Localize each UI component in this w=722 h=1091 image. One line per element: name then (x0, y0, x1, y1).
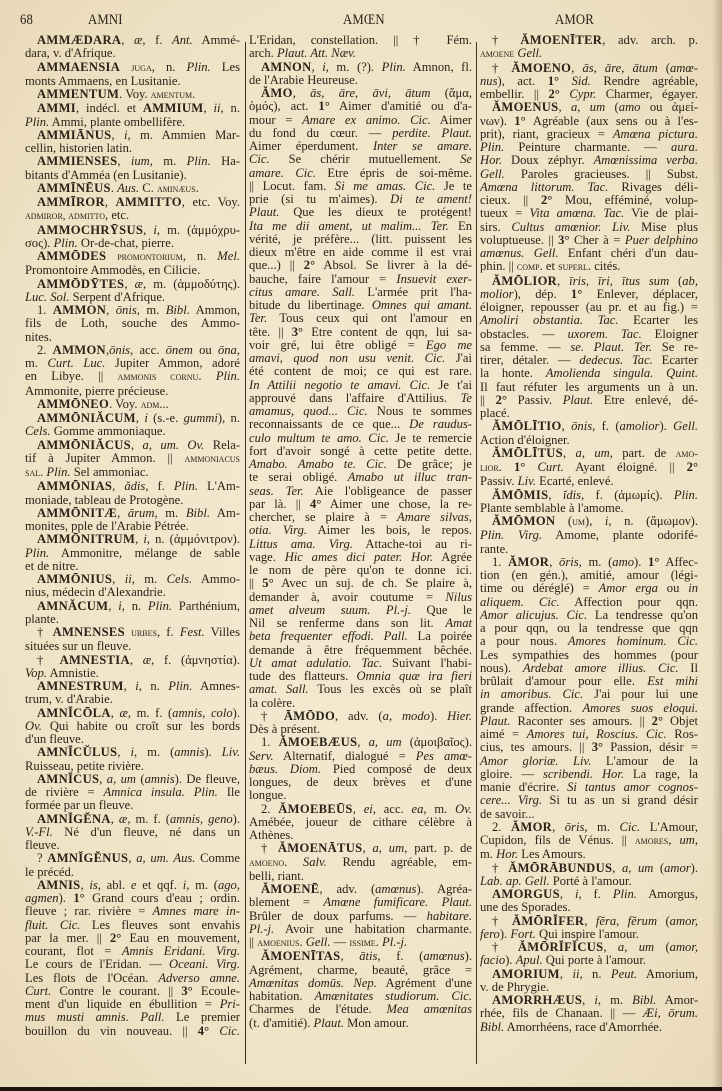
text: La tendresse qu'on (587, 608, 698, 622)
headword: ĂMOENĒ (261, 882, 319, 896)
text: . (198, 369, 216, 383)
text: cieux. || (480, 193, 541, 207)
text: . (284, 855, 303, 869)
entry-line: citus amare. Sall. L'armée prit l'ha- (249, 286, 472, 299)
entry-line-start: AMMŌDES promontorium, n. Mel. (25, 250, 240, 264)
entry-line: demander à, avoir coutume = Nilus (249, 591, 472, 604)
text: || (249, 935, 257, 949)
headword: AMORRHÆUS (492, 993, 582, 1007)
entry-line-start: ĂMOENUS, a, um (amo ou ἀμεί- (480, 101, 698, 114)
text: éloigner, repousser (au pr. et au fig.) … (480, 300, 698, 314)
italic-text: a, um (372, 841, 404, 855)
text: Ruisseau, petite rivière. (25, 759, 144, 773)
text: la colère. (249, 696, 295, 710)
entry-line: Bibl. Amorrhéens, race d'Amorrhée. (480, 1021, 698, 1034)
entry-line: cius, tes amours. || 3° Passion, désir = (480, 741, 698, 754)
text: Paroles gracieuses. || Subst. (505, 167, 698, 181)
text: || (480, 393, 496, 407)
italic-text: amamus, quod... Cic. (249, 404, 368, 418)
text: Amnes- (192, 679, 240, 693)
italic-text: Ego me (426, 338, 472, 352)
italic-text: ago, (218, 878, 240, 892)
italic-text: Plaut. (563, 393, 593, 407)
entry-line-start: AMMIĀNUS, i, m. Ammien Mar- (25, 129, 240, 142)
text: Avoir une habitation charmante. (274, 922, 472, 936)
entry-line: fort d'avoir songé à cette petite dette. (249, 445, 472, 458)
text: , m. Ammien Mar- (128, 128, 241, 142)
text: Les fleuves sont envahis (80, 918, 240, 932)
entry-line-start: † ĂMŌRĬFĬCUS, a, um (amor, (480, 941, 698, 954)
entry-line: Amoliri obstantia. Tac. Ecarter les (480, 314, 698, 327)
text: Né d'un fleuve, né dans un (53, 825, 240, 839)
entry-line: tête. || 3° Etre content de qqn, lui sa- (249, 326, 472, 339)
text: ou (658, 581, 688, 595)
text: Amorium, (637, 967, 698, 981)
text: (t. d'amitié). (249, 1016, 314, 1030)
headword: AMORGUS (492, 887, 560, 901)
text: ). (233, 812, 240, 826)
text: Se re- (652, 340, 698, 354)
italic-text: in (688, 581, 698, 595)
headword: AMMITTO (116, 195, 182, 209)
italic-text: Hier. (447, 709, 472, 723)
italic-text: ei (364, 802, 373, 816)
column-2: L'Eridan, constellation. || † Fém.arch. … (249, 34, 472, 1030)
text: 1. (492, 555, 508, 569)
italic-text: Plin. (613, 887, 637, 901)
text: la honte. (480, 366, 546, 380)
italic-text: uxorem. Tac. (568, 327, 642, 341)
italic-text: amat. Sall. (249, 682, 309, 696)
small-caps-text: comp (517, 261, 540, 273)
entry-line: du fond du cœur. — perdite. Plaut. (249, 127, 472, 140)
italic-text: Hic ames dici pater. Hor. (285, 550, 433, 564)
italic-text: fĕra, fĕrum (596, 914, 657, 928)
entry-line: aimé = Amores tui, Roscius. Cic. Ros- (480, 728, 698, 741)
entry-line: aliquem. Cic. Affection pour qqn. (480, 596, 698, 609)
text: † (261, 709, 284, 723)
text: 2° (496, 393, 507, 407)
entry-line: fils de Loth, souche des Ammo- (25, 317, 240, 330)
text: , m. (ἀμμόχρυ- (157, 223, 240, 237)
italic-text: seas. Ter. (249, 484, 304, 498)
text: approuvé dans l'affaire d'Attilius. (249, 391, 461, 405)
text: Aie l'obligeance de passer (304, 484, 472, 498)
entry-line: grande affection. Amores suos eloqui. (480, 702, 698, 715)
text: . et (540, 259, 559, 273)
text: blement = (249, 895, 323, 909)
headword: ĂMO (261, 86, 293, 100)
text: , n. (152, 60, 187, 74)
text: Attache-toi au ri- (353, 537, 472, 551)
italic-text: Æi, ōrum. (643, 1006, 698, 1020)
headword: ĂMOENĪTAS (261, 949, 340, 963)
text: dieux m'être en aide comme il est vrai (249, 245, 472, 259)
headword: AMNENSES (53, 625, 125, 639)
text: , f. (157, 625, 180, 639)
entry-line-start: 1. AMMON, ōnis, m. Bibl. Ammon, (25, 304, 240, 317)
entry-line: Amébée, joueur de cithare célèbre à (249, 816, 472, 829)
italic-text: ii (214, 101, 221, 115)
text: 1. (261, 735, 279, 749)
text: tion (en gén.), amitié, amour (légi- (480, 568, 698, 582)
headword: AMMŌDES (37, 249, 106, 263)
column-divider (476, 42, 477, 1064)
italic-text: ium (131, 154, 150, 168)
italic-text: Est mihi (647, 674, 698, 688)
entry-line: demande à être fréquemment bêchée. (249, 644, 472, 657)
text: Rendu agréable, em- (327, 855, 472, 869)
entry-line-start: AMORGUS, i, f. Plin. Amorgus, (480, 888, 698, 901)
text: , f. (145, 479, 173, 493)
italic-text: Amœnitas domūs. Nep. (249, 976, 377, 990)
text: Villes (205, 625, 240, 639)
text: Etre épris de soi-même. (316, 166, 472, 180)
text: . (499, 460, 514, 474)
entry-line: voluptueuse. || 3° Cher à = Puer delphin… (480, 234, 698, 247)
entry-line: de savoir... (480, 808, 698, 821)
entry-line: nites. (25, 331, 240, 344)
entry-line: molior), dép. 1° Enlever, déplacer, (480, 288, 698, 301)
italic-text: amœ- (670, 61, 698, 75)
entry-line: éloigner, repousser (au pr. et au fig.) … (480, 301, 698, 314)
text: Il faut réfuter les arguments un à un. (480, 380, 698, 394)
text: Que les dieux te protégent! (279, 205, 472, 219)
italic-text: Ardebat amore illius. Cic. (523, 661, 679, 675)
entry-line: de l'Arabie Heureuse. (249, 74, 472, 87)
small-caps-text: amoene (480, 48, 514, 60)
page-bottom-edge (0, 1087, 722, 1091)
entry-line: || Locut. fam. Si me amas. Cic. Je te (249, 180, 472, 193)
text: , m. ( (579, 555, 613, 569)
text: fleuve ; rar. rivière = (25, 904, 153, 918)
entry-line: fluit. Cic. Les fleuves sont envahis (25, 919, 240, 932)
italic-text: a, um (107, 772, 136, 786)
italic-text: a, um (369, 735, 402, 749)
entry-line: Luc. Sol. Serpent d'Afrique. (25, 291, 240, 304)
text: tueux = (480, 206, 529, 220)
entry-line-start: † ĂMOENĪTER, adv. arch. p. (480, 34, 698, 47)
text: Rela- (204, 438, 240, 452)
text: placé. (480, 406, 510, 420)
text: v. de Phrygie. (480, 980, 549, 994)
entry-line: amoeno. Salv. Rendu agréable, em- (249, 856, 472, 870)
entry-line-start: ĂMO, ās, āre, āvi, ātum (ἅμα, (249, 87, 472, 100)
headword: AMMŌNITRUM (37, 532, 135, 546)
italic-text: Cypr. (569, 87, 596, 101)
italic-text: scribendi. Hor. (543, 767, 624, 781)
entry-line: placé. (480, 407, 698, 420)
text (525, 460, 537, 474)
text: † (492, 861, 508, 875)
text: , (582, 993, 594, 1007)
entry-line: cieux. || 2° Mou, efféminé, volup- (480, 194, 698, 207)
italic-text: Salv. (303, 855, 327, 869)
text: Amome, plante odorifé- (542, 528, 698, 542)
entry-line: seas. Ter. Aie l'obligeance de passer (249, 485, 472, 498)
text: Doux zéphyr. (502, 153, 594, 167)
text: † (261, 841, 278, 855)
headword: ĂMOENO (511, 61, 571, 75)
headword: AMNĬCŬLUS (37, 745, 117, 759)
small-caps-text: amores (635, 835, 668, 847)
text: de rivière = (25, 785, 104, 799)
text: 2. (492, 820, 511, 834)
small-caps-text: amentum (151, 89, 192, 101)
text: L'Eridan, constellation. || † Fém. (249, 33, 472, 47)
text: , m. f. ( (128, 706, 172, 720)
text: tif à Jupiter Ammon. || (25, 451, 184, 465)
entry-line: Ter. Tous ceux qui ont l'amour en (249, 312, 472, 325)
column-3: † ĂMOENĪTER, adv. arch. p.amoene Gell.† … (480, 34, 698, 1034)
italic-text: a, modo (383, 709, 430, 723)
text: Amorrhéens, race d'Amorrhée. (504, 1020, 662, 1034)
text: , n. (ἄμωμον). (608, 514, 698, 528)
text: , (612, 861, 622, 875)
text: , acc. (373, 802, 412, 816)
text: 2. (261, 802, 278, 816)
text: Alternatif, dialogué = (274, 749, 416, 763)
entry-line-start: ĂMOENĒ, adv. (amœnus). Agréa- (249, 883, 472, 896)
italic-text: Gell. (517, 46, 542, 60)
text: ( (605, 100, 619, 114)
small-caps-text: juga (131, 62, 151, 74)
italic-text: Amnes mare in- (153, 904, 240, 918)
text: 1° (514, 114, 525, 128)
italic-text: a, um (571, 100, 605, 114)
entry-line: Plin. Ammi, plante ombellifère. (25, 116, 240, 129)
text: 2° (652, 714, 663, 728)
entry-line: Plaut. Que les dieux te protégent! (249, 206, 472, 219)
entry-line: Cels. Gomme ammoniaque. (25, 425, 240, 438)
italic-text: ōnis (571, 419, 592, 433)
entry-line-start: AMMŌNITRUM, i, n. (ἀμμόνιτρον). (25, 533, 240, 546)
text: Objet (663, 714, 698, 728)
headword: AMMĪNĒUS (37, 181, 111, 195)
headword: AMMIĀNUS (37, 128, 111, 142)
headword: AMMOCHRȲSUS (37, 223, 143, 237)
entry-line: in amoribus. Cic. J'ai pour lui une (480, 688, 698, 701)
text: Si tu as un si grand désir (542, 793, 698, 807)
text: Il (679, 661, 698, 675)
entry-line: situées sur un fleuve. (25, 640, 240, 653)
italic-text: Amœna pictura. (613, 127, 698, 141)
small-caps-text: issime (349, 937, 375, 949)
italic-text: Ov. (455, 802, 472, 816)
entry-line-start: AMMŌNITÆ, ārum, m. Bibl. Am- (25, 507, 240, 520)
italic-text: fluit. Cic. (25, 918, 80, 932)
text: bouillon du vin nouveau. || (25, 1024, 198, 1038)
text: tête. || (249, 325, 292, 339)
headword: AMMAENSIA (37, 60, 120, 74)
italic-text: Ita me dii ament, ut malim... Ter. (249, 219, 449, 233)
italic-text: Amolienda singula. Quint. (546, 366, 698, 380)
italic-text: Amores hominum. Cic. (568, 634, 698, 648)
text: || Locut. fam. (249, 179, 335, 193)
entry-line-start: AMORRHÆUS, i, m. Bibl. Amor- (480, 994, 698, 1007)
text: , (117, 154, 131, 168)
italic-text: Littus ama. Virg. (249, 537, 353, 551)
text: 3° (592, 740, 603, 754)
italic-text: Amnica insula. Plin. (104, 785, 218, 799)
text: Charmer, égayer. (596, 87, 698, 101)
entry-line: νων). 1° Agréable (aux sens ou à l'es- (480, 115, 698, 128)
entry-line: rante. (480, 543, 698, 556)
entry-line: time ou déréglé) = Amor erga ou in (480, 582, 698, 595)
entry-line: blement = Amœne fumificare. Plaut. (249, 896, 472, 909)
entry-line-start: AMMŌNEO. Voy. adm... (25, 398, 240, 412)
italic-text: amo (612, 555, 634, 569)
text: chercher, se plaire à = (249, 510, 397, 524)
italic-text: amet alveum suum. Pl.-j. (249, 603, 411, 617)
italic-text: Plin. Virg. (480, 528, 542, 542)
italic-text: Ut amat adulatio. Tac. (249, 656, 382, 670)
text: ). (691, 861, 698, 875)
italic-text: Mel. (217, 249, 240, 263)
headword: ĂMŌMON (492, 514, 555, 528)
text: . Voy. (119, 87, 151, 101)
entry-line: Ita me dii ament, ut malim... Ter. En (249, 220, 472, 233)
entry-line: m. Hor. Les Amours. (480, 848, 698, 861)
italic-text: Gell. (306, 935, 331, 949)
italic-text: se. Plaut. Ter. (570, 340, 652, 354)
italic-text: ab, (682, 274, 698, 288)
text: , (203, 101, 213, 115)
entry-line: prit), riant, gracieux = Amœna pictura. (480, 128, 698, 141)
text: time ou déréglé) = (480, 581, 599, 595)
text: a pour qqn, ou la tendresse que qqn (480, 621, 698, 635)
text: courant, flot = (25, 944, 122, 958)
text: formée par un fleuve. (25, 798, 133, 812)
page-number: 68 (20, 12, 33, 29)
text: . cités. (588, 259, 621, 273)
small-caps-text: promontorium (117, 251, 183, 263)
entry-line-start: ĂMŌMON (um), i, n. (ἄμωμον). (480, 515, 698, 529)
italic-text: ās, āre, āvi, ātum (310, 86, 430, 100)
text: ( (657, 914, 670, 928)
entry-line-start: ĂMŌLIOR, īris, īri, ītus sum (ab, (480, 275, 698, 288)
headword: AMNON (261, 60, 311, 74)
entry-line-start: AMMOCHRȲSUS, i, m. (ἀμμόχρυ- (25, 224, 240, 237)
text: demande à être fréquemment bêchée. (249, 643, 472, 657)
text: gloire. — (480, 767, 543, 781)
text: Ecarter (653, 353, 698, 367)
text: cius, tes amours. || (480, 740, 592, 754)
text: , (108, 599, 118, 613)
text: Qui porte à l'amour. (543, 953, 646, 967)
italic-text: Si tantus amor cognos- (567, 780, 698, 794)
text: (ἅμα, (430, 86, 472, 100)
text: , m. (150, 154, 187, 168)
entry-line: vage. Hic ames dici pater. Hor. Agrée (249, 551, 472, 564)
entry-line-start: AMMIENSES, ium, m. Plin. Ha- (25, 155, 240, 168)
entry-line: cellin, historien latin. (25, 142, 240, 155)
entry-line: arch. Plaut. Att. Næv. (249, 47, 472, 60)
entry-line: bouillon du vin nouveau. || 4° Cic. (25, 1025, 240, 1038)
entry-line: Brûler de doux parfums. — habitare. (249, 910, 472, 923)
text: Eloigner (642, 327, 698, 341)
text: L'armée prit l'ha- (355, 285, 472, 299)
entry-line: formée par un fleuve. (25, 799, 240, 812)
text: , f. ( (377, 949, 423, 963)
entry-line: rhée, fils de Chanaan. || — Æi, ōrum. (480, 1007, 698, 1020)
entry-line: de rivière = Amnica insula. Plin. Ile (25, 786, 240, 799)
headword: ĂMOENĀTUS (278, 841, 363, 855)
italic-text: ădis (124, 479, 145, 493)
text: Enlever, déplacer, (582, 287, 698, 301)
italic-text: Amoliri obstantia. Tac. (480, 313, 619, 327)
italic-text: nus (480, 74, 498, 88)
entry-line: In Attilii negotio te amavi. Cic. Je t'a… (249, 379, 472, 392)
text: Le cours de l'Eridan. — (25, 957, 169, 971)
text: Amnistie. (47, 666, 99, 680)
text: † (492, 914, 512, 928)
text: ( (658, 61, 670, 75)
text: Nil se renferme dans son lit. (249, 616, 445, 630)
text: Les sympathies des hommes (pour (480, 648, 698, 662)
entry-line-start: 1. ĂMOR, ōris, m. (amo). 1° Affec- (480, 556, 698, 569)
italic-text: amor (664, 861, 691, 875)
italic-text: Amabo ut illuc tran- (348, 470, 472, 484)
text: Tous les excès où se plaît (309, 682, 472, 696)
italic-text: Bibl. (186, 506, 210, 520)
text: 1° (548, 74, 559, 88)
italic-text: Cels. (167, 572, 193, 586)
entry-line: bæus. Diom. Pied composé de deux (249, 763, 472, 776)
entry-line-start: AMNESTRUM, i, n. Plin. Amnes- (25, 680, 240, 693)
text: Plante semblable à l'amome. (480, 501, 624, 515)
text: dara, v. d'Afrique. (25, 46, 116, 60)
italic-text: Insuevit exer- (396, 272, 472, 286)
text: , (121, 33, 134, 47)
italic-text: amolior (620, 419, 660, 433)
entry-line: Le cours de l'Eridan. — Oceani. Virg. (25, 958, 240, 971)
italic-text: De raudus- (409, 417, 472, 431)
italic-text: Hor. (496, 847, 518, 861)
italic-text: Omnes qui amant. (372, 298, 472, 312)
entry-line-start: † ĂMOENO, ās, āre, ātum (amœ- (480, 62, 698, 75)
entry-line-start: AMNĬCŌLA, æ, m. f. (amnis, colo). (25, 707, 240, 720)
text: , (557, 274, 569, 288)
text: embellir. || (480, 87, 548, 101)
italic-text: Plin. (187, 60, 211, 74)
text: , (357, 735, 368, 749)
entry-line: fleuve ; rar. rivière = Amnes mare in- (25, 905, 240, 918)
entry-line: bauche, faire l'amour = Insuevit exer- (249, 273, 472, 286)
text: ). Agréa- (416, 882, 472, 896)
entry-line: Pl.-j. Avoir une habitation charmante. (249, 923, 472, 936)
italic-text: Plin. (25, 546, 49, 560)
text: obstacles. — (480, 327, 568, 341)
entry-line-start: ĂMŌLĪTIO, ōnis, f. (amolior). Gell. (480, 420, 698, 433)
text: aimé = (480, 727, 527, 741)
italic-text: Hor. (480, 153, 502, 167)
text: rante. (480, 542, 508, 556)
text: fleuve. (25, 838, 60, 852)
italic-text: æ (143, 653, 151, 667)
italic-text: Luc. Sol. (25, 290, 69, 304)
text: Ayant éloigné. || (564, 460, 687, 474)
small-caps-text: admiror, admitto (25, 210, 105, 222)
entry-line: voir gré, lui être obligé = Ego me (249, 339, 472, 352)
italic-text: Pri- (220, 997, 240, 1011)
entry-line-start: † ĂMŌRĬFER, fĕra, fĕrum (amor, (480, 915, 698, 928)
text: belli, riant. (249, 869, 304, 883)
entry-line: amamus, quod... Cic. Nous te sommes (249, 405, 472, 418)
text: , adv. arch. p. (602, 33, 698, 47)
text: par là. || (249, 497, 310, 511)
italic-text: otia. Virg. (249, 523, 307, 537)
